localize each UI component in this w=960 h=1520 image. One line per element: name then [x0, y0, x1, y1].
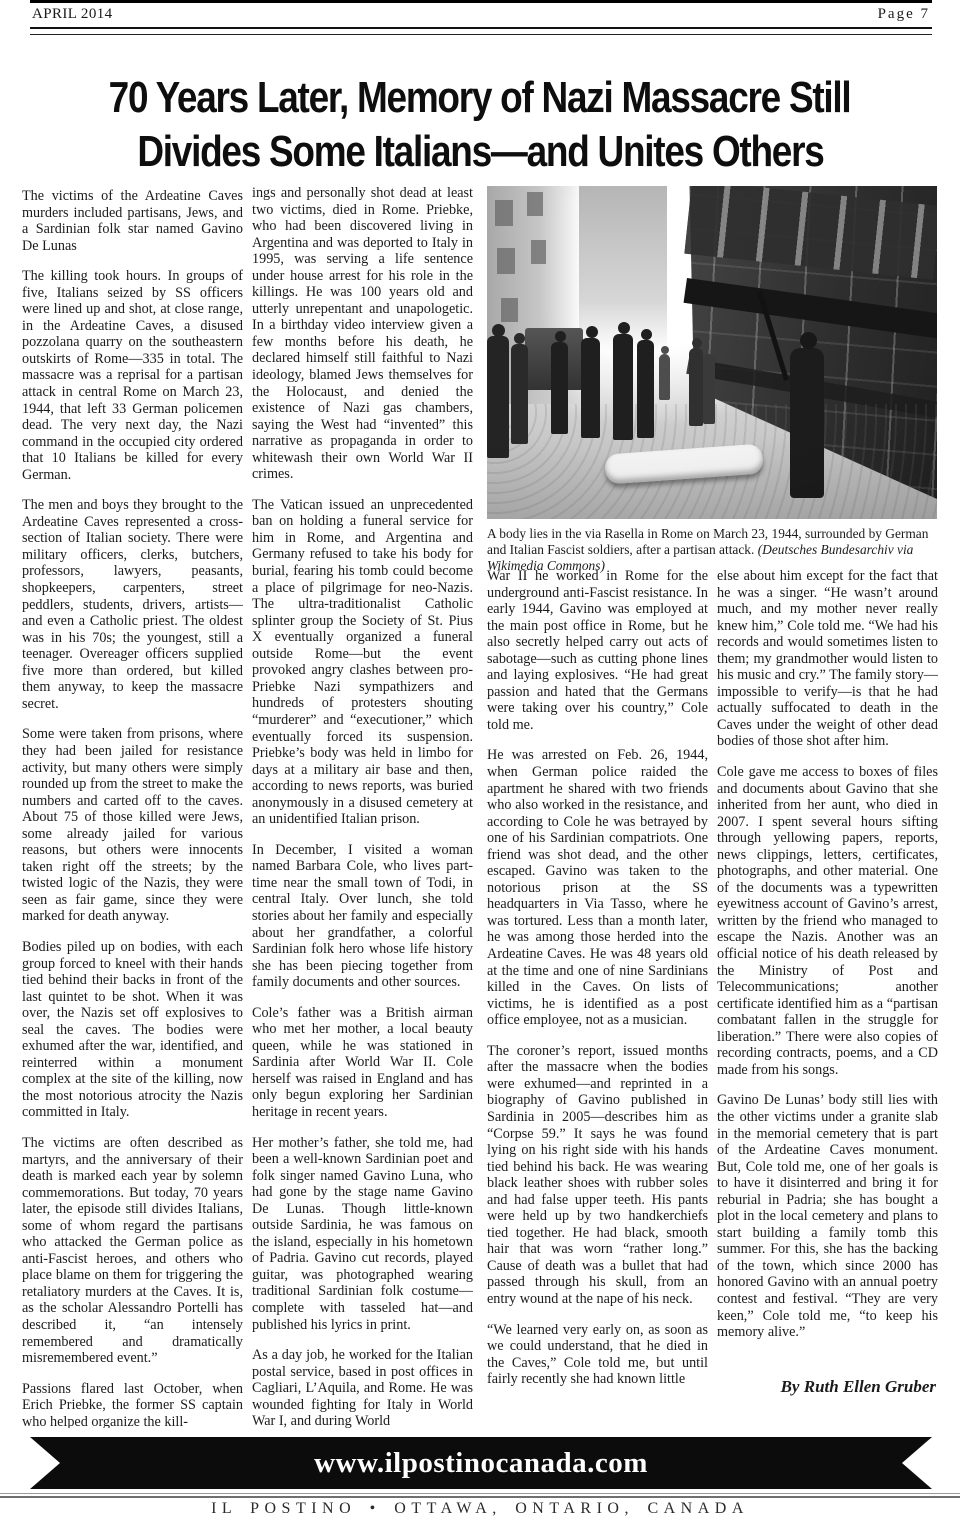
newspaper-page: APRIL 2014 Page 7 70 Years Later, Memory…: [0, 0, 960, 1520]
paragraph: Gavino De Lunas’ body still lies with th…: [717, 1092, 938, 1340]
article-column-4: else about him except for the fact that …: [717, 568, 938, 1430]
issue-date: APRIL 2014: [32, 6, 113, 23]
website-url[interactable]: www.ilpostinocanada.com: [314, 1447, 648, 1480]
paragraph: As a day job, he worked for the Italian …: [252, 1347, 473, 1428]
news-photo: [487, 186, 937, 519]
headline-line-2: Divides Some Italians—and Unites Others: [0, 125, 960, 179]
article-column-3: War II he worked in Rome for the undergr…: [487, 568, 708, 1430]
column-4-paragraphs: else about him except for the fact that …: [717, 568, 938, 1341]
paragraph: The men and boys they brought to the Ard…: [22, 497, 243, 712]
page-header: APRIL 2014 Page 7: [32, 6, 930, 23]
article-column-1: The victims of the Ardeatine Caves murde…: [22, 188, 243, 1428]
paragraph: Passions flared last October, when Erich…: [22, 1381, 243, 1428]
paragraph: He was arrested on Feb. 26, 1944, when G…: [487, 747, 708, 1028]
footer-rule-thin: [0, 1493, 960, 1494]
photo-caption: A body lies in the via Rasella in Rome o…: [487, 526, 939, 574]
headline: 70 Years Later, Memory of Nazi Massacre …: [0, 71, 960, 179]
header-rule-thin: [30, 34, 932, 35]
website-banner[interactable]: www.ilpostinocanada.com: [30, 1437, 932, 1489]
headline-line-1: 70 Years Later, Memory of Nazi Massacre …: [0, 71, 960, 125]
paragraph: “We learned very early on, as soon as we…: [487, 1322, 708, 1388]
paragraph: The Vatican issued an unprecedented ban …: [252, 497, 473, 828]
footer-rule-thick: [0, 1496, 960, 1498]
paragraph: War II he worked in Rome for the undergr…: [487, 568, 708, 733]
paragraph: Her mother’s father, she told me, had be…: [252, 1135, 473, 1334]
byline: By Ruth Ellen Gruber: [717, 1379, 938, 1396]
paragraph: In December, I visited a woman named Bar…: [252, 842, 473, 991]
photo-vignette: [487, 186, 937, 519]
paragraph: Cole gave me access to boxes of files an…: [717, 764, 938, 1078]
paragraph: Bodies piled up on bodies, with each gro…: [22, 939, 243, 1121]
paragraph: The killing took hours. In groups of fiv…: [22, 268, 243, 483]
paragraph: The victims of the Ardeatine Caves murde…: [22, 188, 243, 254]
header-rule-thick: [30, 27, 932, 29]
masthead-line: IL POSTINO • OTTAWA, ONTARIO, CANADA: [0, 1500, 960, 1518]
paragraph: Some were taken from prisons, where they…: [22, 726, 243, 925]
paragraph: else about him except for the fact that …: [717, 568, 938, 750]
paragraph: The victims are often described as marty…: [22, 1135, 243, 1367]
paragraph: Cole’s father was a British airman who m…: [252, 1005, 473, 1121]
paragraph: The coroner’s report, issued months afte…: [487, 1043, 708, 1308]
page-number: Page 7: [878, 6, 930, 23]
paragraph: ings and personally shot dead at least t…: [252, 185, 473, 483]
top-rule: [30, 0, 932, 3]
article-column-2: ings and personally shot dead at least t…: [252, 185, 473, 1428]
